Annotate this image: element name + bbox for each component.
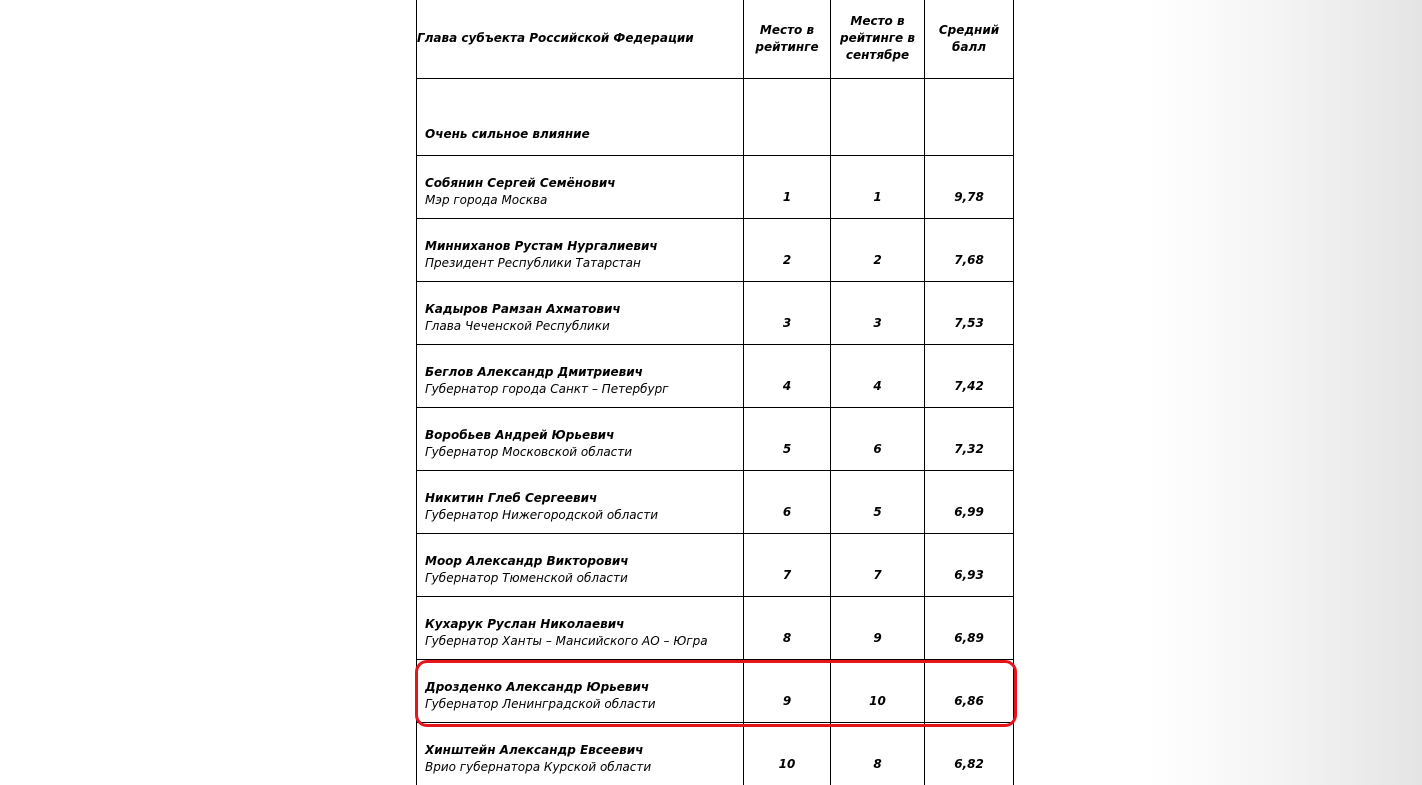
name-cell: Никитин Глеб СергеевичГубернатор Нижегор… (417, 471, 744, 534)
person-title: Глава Чеченской Республики (425, 318, 743, 335)
header-name: Глава субъекта Российской Федерации (417, 0, 744, 79)
score-cell: 7,68 (925, 219, 1014, 282)
rank-cell: 7 (744, 534, 831, 597)
score-cell: 6,89 (925, 597, 1014, 660)
name-cell: Дрозденко Александр ЮрьевичГубернатор Ле… (417, 660, 744, 723)
section-row: Очень сильное влияние (417, 79, 1014, 156)
score-cell: 7,32 (925, 408, 1014, 471)
prev-rank-cell: 8 (831, 723, 925, 785)
prev-rank-cell: 7 (831, 534, 925, 597)
name-cell: Минниханов Рустам НургалиевичПрезидент Р… (417, 219, 744, 282)
table-row: Минниханов Рустам НургалиевичПрезидент Р… (417, 219, 1014, 282)
score-cell: 6,86 (925, 660, 1014, 723)
person-title: Губернатор Ленинградской области (425, 696, 743, 713)
rank-cell: 6 (744, 471, 831, 534)
score-cell: 6,99 (925, 471, 1014, 534)
rank-cell: 3 (744, 282, 831, 345)
name-cell: Моор Александр ВикторовичГубернатор Тюме… (417, 534, 744, 597)
name-cell: Кухарук Руслан НиколаевичГубернатор Хант… (417, 597, 744, 660)
prev-rank-cell: 5 (831, 471, 925, 534)
prev-rank-cell: 9 (831, 597, 925, 660)
rank-cell: 9 (744, 660, 831, 723)
person-title: Губернатор Московской области (425, 444, 743, 461)
name-cell: Хинштейн Александр ЕвсеевичВрио губернат… (417, 723, 744, 785)
person-title: Президент Республики Татарстан (425, 255, 743, 272)
header-score: Средний балл (925, 0, 1014, 79)
section-empty-cell (831, 79, 925, 156)
prev-rank-cell: 1 (831, 156, 925, 219)
name-cell: Кадыров Рамзан АхматовичГлава Чеченской … (417, 282, 744, 345)
name-cell: Собянин Сергей СемёновичМэр города Москв… (417, 156, 744, 219)
section-label: Очень сильное влияние (417, 79, 744, 156)
header-prev-rank: Место в рейтинге в сентябре (831, 0, 925, 79)
table-row: Никитин Глеб СергеевичГубернатор Нижегор… (417, 471, 1014, 534)
table-row: Кухарук Руслан НиколаевичГубернатор Хант… (417, 597, 1014, 660)
person-name: Хинштейн Александр Евсеевич (425, 742, 743, 759)
table-row: Хинштейн Александр ЕвсеевичВрио губернат… (417, 723, 1014, 785)
person-title: Губернатор города Санкт – Петербург (425, 381, 743, 398)
person-title: Губернатор Тюменской области (425, 570, 743, 587)
person-title: Врио губернатора Курской области (425, 759, 743, 776)
person-name: Беглов Александр Дмитриевич (425, 364, 743, 381)
score-cell: 9,78 (925, 156, 1014, 219)
rank-cell: 10 (744, 723, 831, 785)
score-cell: 7,53 (925, 282, 1014, 345)
prev-rank-cell: 3 (831, 282, 925, 345)
person-name: Воробьев Андрей Юрьевич (425, 427, 743, 444)
prev-rank-cell: 6 (831, 408, 925, 471)
table-row: Моор Александр ВикторовичГубернатор Тюме… (417, 534, 1014, 597)
table-row: Собянин Сергей СемёновичМэр города Москв… (417, 156, 1014, 219)
name-cell: Беглов Александр ДмитриевичГубернатор го… (417, 345, 744, 408)
person-title: Мэр города Москва (425, 192, 743, 209)
person-name: Кадыров Рамзан Ахматович (425, 301, 743, 318)
score-cell: 6,82 (925, 723, 1014, 785)
person-name: Дрозденко Александр Юрьевич (425, 679, 743, 696)
governors-rating-table: Глава субъекта Российской Федерации Мест… (416, 0, 1014, 785)
rank-cell: 2 (744, 219, 831, 282)
section-empty-cell (925, 79, 1014, 156)
prev-rank-cell: 10 (831, 660, 925, 723)
table-row: Кадыров Рамзан АхматовичГлава Чеченской … (417, 282, 1014, 345)
person-name: Никитин Глеб Сергеевич (425, 490, 743, 507)
score-cell: 7,42 (925, 345, 1014, 408)
rank-cell: 8 (744, 597, 831, 660)
table-row: Дрозденко Александр ЮрьевичГубернатор Ле… (417, 660, 1014, 723)
table-row: Воробьев Андрей ЮрьевичГубернатор Москов… (417, 408, 1014, 471)
person-title: Губернатор Нижегородской области (425, 507, 743, 524)
section-empty-cell (744, 79, 831, 156)
table-header-row: Глава субъекта Российской Федерации Мест… (417, 0, 1014, 79)
person-name: Моор Александр Викторович (425, 553, 743, 570)
header-rank: Место в рейтинге (744, 0, 831, 79)
prev-rank-cell: 2 (831, 219, 925, 282)
page-margin (0, 0, 416, 785)
person-name: Минниханов Рустам Нургалиевич (425, 238, 743, 255)
rank-cell: 4 (744, 345, 831, 408)
person-name: Кухарук Руслан Николаевич (425, 616, 743, 633)
rank-cell: 1 (744, 156, 831, 219)
person-name: Собянин Сергей Семёнович (425, 175, 743, 192)
prev-rank-cell: 4 (831, 345, 925, 408)
name-cell: Воробьев Андрей ЮрьевичГубернатор Москов… (417, 408, 744, 471)
table-row: Беглов Александр ДмитриевичГубернатор го… (417, 345, 1014, 408)
person-title: Губернатор Ханты – Мансийского АО – Югра (425, 633, 743, 650)
score-cell: 6,93 (925, 534, 1014, 597)
rank-cell: 5 (744, 408, 831, 471)
